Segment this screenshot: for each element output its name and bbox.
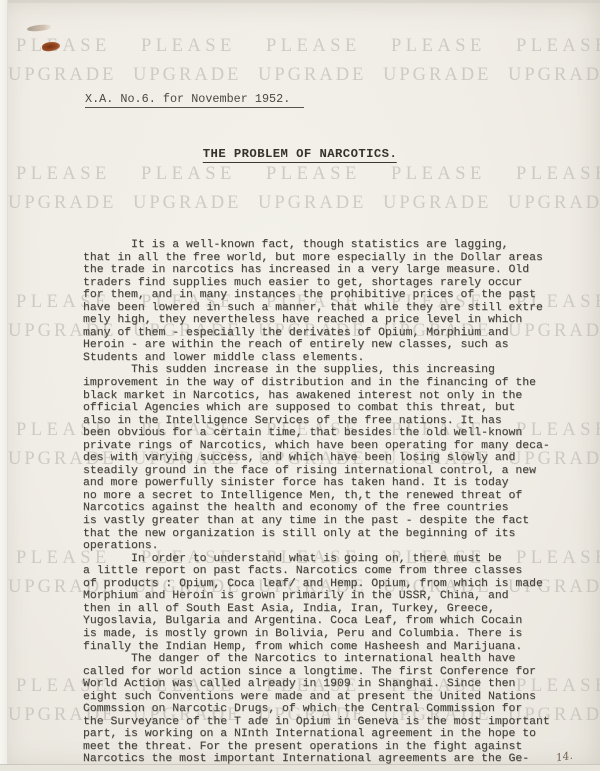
body-text-line: the trade in narcotics has increased in … xyxy=(83,264,583,277)
watermark-word: PLEASE xyxy=(516,37,600,56)
watermark-word: PLEASE xyxy=(141,165,236,184)
watermark-word: UPGRADE xyxy=(508,66,600,85)
body-text-line: part, is working on a NInth Internationa… xyxy=(83,728,583,741)
watermark-word: UPGRADE xyxy=(8,194,116,213)
body-text-line: for them, and in many instances the proh… xyxy=(83,289,583,302)
watermark-word: PLEASE xyxy=(141,37,236,56)
watermark-word: UPGRADE xyxy=(258,66,366,85)
scanned-document-page: PLEASEUPGRADEPLEASEUPGRADEPLEASEUPGRADEP… xyxy=(0,0,600,771)
watermark-word: PLEASE xyxy=(16,37,111,56)
body-text-line: Morphium and Heroin is grown primarily i… xyxy=(83,590,583,603)
body-text-line: It is a well-known fact, though statisti… xyxy=(83,239,583,252)
body-text-line: improvement in the way of distribution a… xyxy=(83,377,583,390)
body-text-line: Commssion on Narcotic Drugs, of which th… xyxy=(83,703,583,716)
body-text-line: been obvious for a certain time, that be… xyxy=(83,427,583,440)
reference-text: X.A. No.6. for November 1952. xyxy=(85,92,304,108)
watermark-word: UPGRADE xyxy=(133,66,241,85)
paper-edge-top xyxy=(0,0,600,3)
watermark-word: UPGRADE xyxy=(383,194,491,213)
body-text-line: a little report on past facts. Narcotics… xyxy=(83,565,583,578)
stain-smudge xyxy=(27,24,51,32)
document-body: It is a well-known fact, though statisti… xyxy=(83,239,583,766)
body-text-line: The danger of the Narcotics to internati… xyxy=(83,653,583,666)
body-text-line: des with varying success, and which have… xyxy=(83,452,583,465)
stain-red-blob xyxy=(42,41,61,52)
watermark-word: PLEASE xyxy=(391,37,486,56)
reference-line: X.A. No.6. for November 1952. xyxy=(85,92,304,106)
body-text-line: official Agencies which are supposed to … xyxy=(83,402,583,415)
watermark-word: PLEASE xyxy=(391,165,486,184)
watermark-word: UPGRADE xyxy=(383,66,491,85)
paper-edge-left xyxy=(0,0,8,771)
body-text-line: mely high, they nevertheless have reache… xyxy=(83,314,583,327)
watermark-word: UPGRADE xyxy=(508,194,600,213)
watermark-word: PLEASE xyxy=(266,37,361,56)
body-text-line: is made, is mostly grown in Bolivia, Per… xyxy=(83,628,583,641)
watermark-word: PLEASE xyxy=(516,165,600,184)
body-text-line: World Action was called already in 1909 … xyxy=(83,678,583,691)
watermark-word: UPGRADE xyxy=(133,194,241,213)
watermark-word: PLEASE xyxy=(266,165,361,184)
body-text-line: is vastly greater than at any time in th… xyxy=(83,515,583,528)
body-text-line: Narcotics the most important Internation… xyxy=(83,753,583,766)
watermark-word: UPGRADE xyxy=(258,194,366,213)
watermark-word: UPGRADE xyxy=(8,66,116,85)
document-title-text: THE PROBLEM OF NARCOTICS. xyxy=(203,147,397,163)
watermark-word: PLEASE xyxy=(16,165,111,184)
document-title: THE PROBLEM OF NARCOTICS. xyxy=(203,147,397,161)
body-text-line: operations. xyxy=(83,540,583,553)
